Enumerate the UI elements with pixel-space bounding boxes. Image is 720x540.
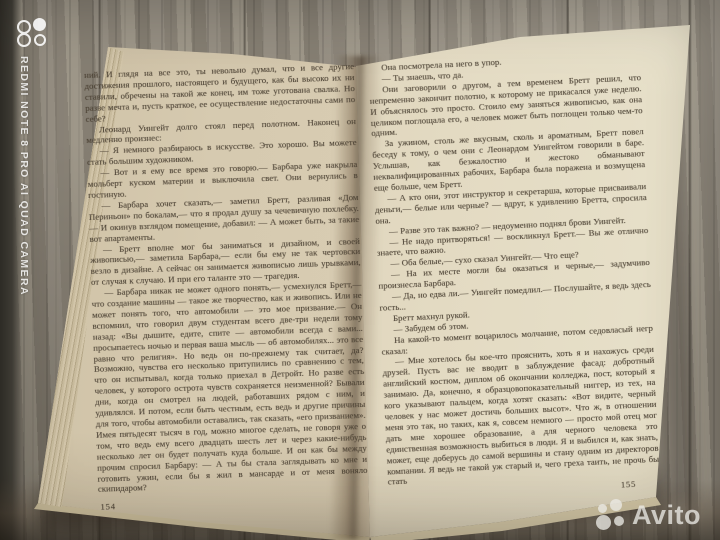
- logo-dot: [596, 515, 611, 530]
- avito-watermark-text: Avito: [632, 500, 701, 531]
- logo-circle: [17, 33, 31, 47]
- camera-watermark-text: REDMI NOTE 8 PRO AI QUAD CAMERA: [18, 56, 30, 206]
- right-page-text: Она посмотрела на него в упор. — Ты знае…: [368, 50, 660, 502]
- photo-scene: ний. И глядя на все это, ты невольно дум…: [0, 0, 720, 540]
- logo-dot: [614, 516, 624, 526]
- logo-circle: [17, 20, 31, 34]
- book-paragraph: ний. И глядя на все это, ты невольно дум…: [84, 61, 356, 124]
- left-page-text: ний. И глядя на все это, ты невольно дум…: [84, 61, 369, 513]
- avito-logo-icon: [596, 499, 629, 532]
- camera-watermark: REDMI NOTE 8 PRO AI QUAD CAMERA: [16, 16, 50, 50]
- avito-watermark: Avito: [596, 499, 701, 532]
- book-paragraph: — Барбара никак не может одного понять,—…: [91, 279, 368, 495]
- camera-watermark-line2: AI QUAD CAMERA: [18, 183, 30, 296]
- book-paragraph: — Мне хотелось бы кое-что прояснить, хот…: [382, 344, 660, 488]
- logo-dot: [33, 18, 46, 31]
- camera-logo-icon: [16, 16, 50, 50]
- logo-dot: [598, 504, 607, 513]
- logo-dot: [610, 499, 622, 511]
- camera-watermark-line1: REDMI NOTE 8 PRO: [18, 56, 30, 179]
- logo-circle: [34, 34, 46, 46]
